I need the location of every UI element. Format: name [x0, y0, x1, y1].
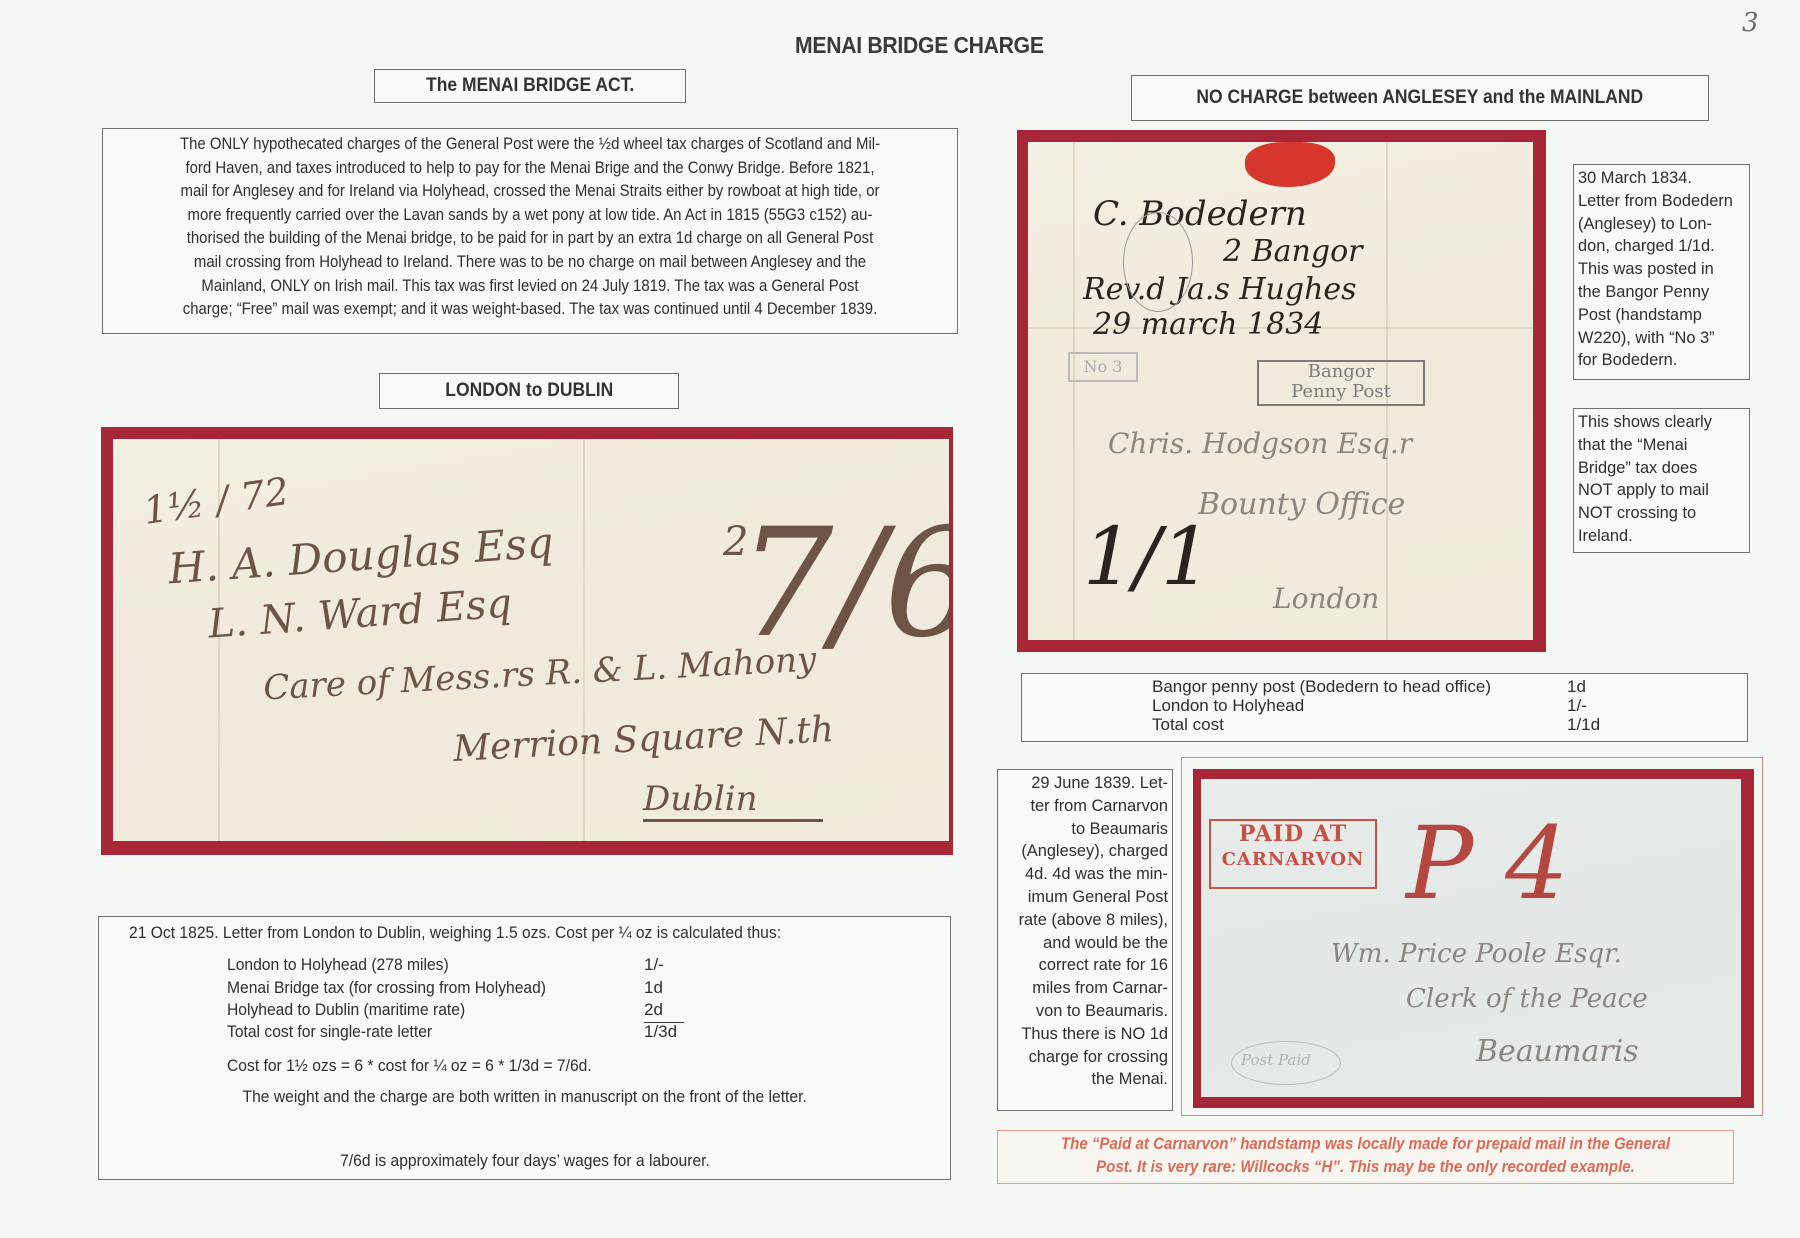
wax-seal: [1245, 142, 1335, 187]
address-line: Wm. Price Poole Esqr.: [1331, 939, 1622, 969]
note-line: correct rate for 16: [1002, 954, 1168, 977]
note-line: the Menai.: [1002, 1068, 1168, 1091]
letter-paper: C. Bodedern 2 Bangor Rev.d Ja.s Hughes 2…: [1028, 142, 1533, 640]
cost-formula: Cost for 1½ ozs = 6 * cost for ¼ oz = 6 …: [227, 1054, 592, 1078]
note-line: (Anglesey), charged: [1002, 840, 1168, 863]
stamp-line: Bangor: [1259, 362, 1423, 382]
charge-manuscript: P 4: [1406, 809, 1569, 919]
anglesey-heading: NO CHARGE between ANGLESEY and the MAINL…: [1131, 75, 1709, 121]
act-heading-text: The MENAI BRIDGE ACT.: [426, 75, 634, 97]
stamp-line: CARNARVON: [1211, 847, 1375, 873]
post-paid-stamp: Post Paid: [1241, 1051, 1311, 1069]
act-paragraph: The ONLY hypothecated charges of the Gen…: [102, 128, 958, 334]
table-row-value: 1d: [1567, 677, 1586, 696]
note-line: NOT crossing to: [1578, 502, 1745, 525]
charge-manuscript: 1/1: [1083, 512, 1212, 602]
table-row-label: Bangor penny post (Bodedern to head offi…: [1152, 677, 1491, 696]
bangor-cost-table: Bangor penny post (Bodedern to head offi…: [1021, 673, 1748, 742]
cost-row-value: 2d: [644, 998, 684, 1023]
page-number: 3: [1742, 8, 1759, 38]
address-line: Bounty Office: [1198, 487, 1405, 522]
note-line: that the “Menai: [1578, 434, 1745, 457]
paragraph-line: mail for Anglesey and for Ireland via Ho…: [153, 179, 907, 203]
address-line: Beaumaris: [1476, 1034, 1639, 1069]
address-line: Clerk of the Peace: [1406, 984, 1648, 1014]
wages-note-text: 7/6d is approximately four days’ wages f…: [340, 1149, 710, 1173]
london-dublin-letter: 1½ / 72 H. A. Douglas Esq L. N. Ward Esq…: [101, 427, 953, 855]
cost-intro: 21 Oct 1825. Letter from London to Dubli…: [129, 921, 781, 945]
manuscript-line: 2 Bangor: [1223, 234, 1362, 269]
weight-manuscript: 2: [723, 519, 748, 565]
note-line: 29 June 1839. Let-: [1002, 772, 1168, 795]
note-clearly: This shows clearly that the “Menai Bridg…: [1573, 408, 1750, 553]
bangor-penny-post-stamp: Bangor Penny Post: [1257, 360, 1425, 406]
address-line: Merrion Square N.th: [452, 709, 835, 770]
letter-paper: PAID AT CARNARVON P 4 Wm. Price Poole Es…: [1201, 779, 1741, 1097]
cost-row-value: 1d: [644, 976, 663, 1000]
manuscript-note-text: The weight and the charge are both writt…: [242, 1085, 806, 1109]
table-row-value: 1/1d: [1567, 715, 1600, 734]
london-dublin-heading-text: LONDON to DUBLIN: [445, 380, 613, 402]
london-dublin-heading: LONDON to DUBLIN: [379, 373, 679, 409]
stamp-line: Penny Post: [1259, 382, 1423, 402]
address-line: London: [1273, 582, 1379, 615]
note-line: the Bangor Penny: [1578, 281, 1745, 304]
cost-row-label: Menai Bridge tax (for crossing from Holy…: [227, 976, 546, 1000]
note-line: The “Paid at Carnarvon” handstamp was lo…: [1027, 1133, 1703, 1156]
note-line: W220), with “No 3”: [1578, 327, 1745, 350]
carnarvon-letter: PAID AT CARNARVON P 4 Wm. Price Poole Es…: [1193, 769, 1754, 1108]
note-1834: 30 March 1834. Letter from Bodedern (Ang…: [1573, 164, 1750, 380]
anglesey-heading-text: NO CHARGE between ANGLESEY and the MAINL…: [1197, 87, 1644, 109]
note-line: Letter from Bodedern: [1578, 190, 1745, 213]
paid-at-carnarvon-stamp: PAID AT CARNARVON: [1209, 819, 1377, 889]
note-line: (Anglesey) to Lon-: [1578, 213, 1745, 236]
address-line: Care of Mess.rs R. & L. Mahony: [262, 640, 817, 709]
manuscript-line: 29 march 1834: [1093, 307, 1323, 342]
note-line: don, charged 1/1d.: [1578, 235, 1745, 258]
note-line: miles from Carnar-: [1002, 977, 1168, 1000]
paragraph-line: Mainland, ONLY on Irish mail. This tax w…: [153, 274, 907, 298]
stamp-line: PAID AT: [1211, 821, 1375, 847]
cost-row-label: Holyhead to Dublin (maritime rate): [227, 998, 465, 1022]
bodedern-letter: C. Bodedern 2 Bangor Rev.d Ja.s Hughes 2…: [1017, 130, 1546, 652]
table-row-label: London to Holyhead: [1152, 696, 1304, 715]
table-row-value: 1/-: [1567, 696, 1587, 715]
note-line: NOT apply to mail: [1578, 479, 1745, 502]
address-line: Chris. Hodgson Esq.r: [1108, 427, 1412, 460]
cost-row-value: 1/3d: [644, 1020, 677, 1044]
note-line: imum General Post: [1002, 886, 1168, 909]
cost-row-label: Total cost for single-rate letter: [227, 1020, 432, 1044]
note-line: 30 March 1834.: [1578, 167, 1745, 190]
circular-datestamp: [1123, 212, 1193, 312]
act-heading: The MENAI BRIDGE ACT.: [374, 69, 686, 103]
underline-stroke: [643, 819, 823, 822]
manuscript-weight-ref: 1½ / 72: [141, 469, 292, 533]
paragraph-line: mail crossing from Holyhead to Ireland. …: [153, 250, 907, 274]
note-line: This shows clearly: [1578, 411, 1745, 434]
note-line: Post (handstamp: [1578, 304, 1745, 327]
paragraph-line: ford Haven, and taxes introduced to help…: [153, 156, 907, 180]
note-line: Thus there is NO 1d: [1002, 1023, 1168, 1046]
note-line: Bridge” tax does: [1578, 457, 1745, 480]
note-line: Post. It is very rare: Willcocks “H”. Th…: [1027, 1156, 1703, 1179]
letter-paper: 1½ / 72 H. A. Douglas Esq L. N. Ward Esq…: [113, 439, 949, 841]
table-row-label: Total cost: [1152, 715, 1224, 734]
address-line: L. N. Ward Esq: [207, 580, 514, 647]
note-line: This was posted in: [1578, 258, 1745, 281]
note-line: and would be the: [1002, 932, 1168, 955]
charge-manuscript: 7/6: [738, 509, 949, 659]
manuscript-line: C. Bodedern: [1093, 194, 1307, 234]
cost-row-value: 1/-: [644, 953, 664, 977]
cost-row-label: London to Holyhead (278 miles): [227, 953, 449, 977]
page-title: MENAI BRIDGE CHARGE: [795, 32, 1057, 59]
no-3-stamp: No 3: [1068, 352, 1138, 382]
note-line: rate (above 8 miles),: [1002, 909, 1168, 932]
paragraph-line: more frequently carried over the Lavan s…: [153, 203, 907, 227]
note-line: Ireland.: [1578, 525, 1745, 548]
paragraph-line: charge; “Free” mail was exempt; and it w…: [153, 297, 907, 321]
cost-calculation-box: 21 Oct 1825. Letter from London to Dubli…: [98, 916, 951, 1180]
address-line: Dublin: [643, 779, 758, 819]
exhibit-page: MENAI BRIDGE CHARGE 3 The MENAI BRIDGE A…: [0, 0, 1800, 1238]
note-line: to Beaumaris: [1002, 818, 1168, 841]
carnarvon-rarity-note: The “Paid at Carnarvon” handstamp was lo…: [997, 1130, 1734, 1184]
manuscript-note: The weight and the charge are both writt…: [99, 1085, 950, 1109]
paragraph-line: thorised the building of the Menai bridg…: [153, 226, 907, 250]
note-line: charge for crossing: [1002, 1046, 1168, 1069]
note-line: for Bodedern.: [1578, 349, 1745, 372]
note-line: 4d. 4d was the min-: [1002, 863, 1168, 886]
note-line: von to Beaumaris.: [1002, 1000, 1168, 1023]
note-1839: 29 June 1839. Let- ter from Carnarvon to…: [997, 769, 1173, 1111]
note-line: ter from Carnarvon: [1002, 795, 1168, 818]
paragraph-line: The ONLY hypothecated charges of the Gen…: [153, 132, 907, 156]
wages-note: 7/6d is approximately four days’ wages f…: [99, 1149, 950, 1173]
